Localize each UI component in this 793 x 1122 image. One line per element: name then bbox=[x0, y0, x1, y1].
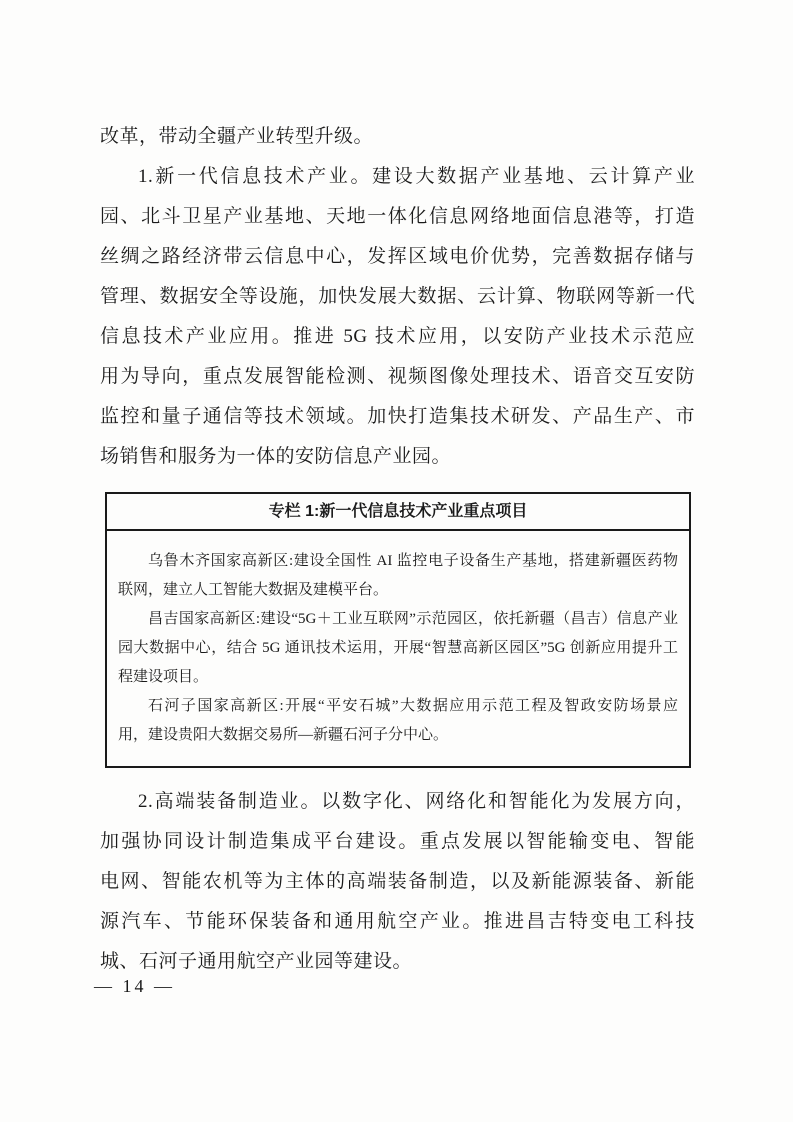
text-line: 场销售和服务为一体的安防信息产业园。 bbox=[100, 437, 695, 477]
callout-line: 乌鲁木齐国家高新区:建设全国性 AI 监控电子设备生产基地，搭建新疆医药物 bbox=[118, 547, 678, 576]
text-line: 园、北斗卫星产业基地、天地一体化信息网络地面信息港等，打造 bbox=[100, 197, 695, 237]
text-line: 监控和量子通信等技术领域。加快打造集技术研发、产品生产、市 bbox=[100, 397, 695, 437]
text-line: 2.高端装备制造业。以数字化、网络化和智能化为发展方向， bbox=[100, 782, 695, 822]
text-line: 用为导向，重点发展智能检测、视频图像处理技术、语音交互安防 bbox=[100, 357, 695, 397]
callout-body: 乌鲁木齐国家高新区:建设全国性 AI 监控电子设备生产基地，搭建新疆医药物 联网… bbox=[107, 531, 689, 766]
callout-line: 用，建设贵阳大数据交易所—新疆石河子分中心。 bbox=[118, 721, 678, 750]
text-line: 管理、数据安全等设施，加快发展大数据、云计算、物联网等新一代 bbox=[100, 277, 695, 317]
text-line: 电网、智能农机等为主体的高端装备制造，以及新能源装备、新能 bbox=[100, 862, 695, 902]
page-number: — 14 — bbox=[94, 976, 175, 997]
text-line: 源汽车、节能环保装备和通用航空产业。推进昌吉特变电工科技 bbox=[100, 902, 695, 942]
callout-line: 昌吉国家高新区:建设“5G＋工业互联网”示范园区，依托新疆（昌吉）信息产业 bbox=[118, 605, 678, 634]
callout-line: 园大数据中心，结合 5G 通讯技术运用，开展“智慧高新区园区”5G 创新应用提升… bbox=[118, 634, 678, 663]
document-page: 改革，带动全疆产业转型升级。 1.新一代信息技术产业。建设大数据产业基地、云计算… bbox=[0, 0, 793, 1122]
text-line: 改革，带动全疆产业转型升级。 bbox=[100, 117, 695, 157]
text-line: 加强协同设计制造集成平台建设。重点发展以智能输变电、智能 bbox=[100, 822, 695, 862]
callout-line: 联网，建立人工智能大数据及建模平台。 bbox=[118, 576, 678, 605]
callout-box: 专栏 1:新一代信息技术产业重点项目 乌鲁木齐国家高新区:建设全国性 AI 监控… bbox=[105, 492, 691, 768]
text-line: 城、石河子通用航空产业园等建设。 bbox=[100, 942, 695, 982]
text-line: 丝绸之路经济带云信息中心，发挥区域电价优势，完善数据存储与 bbox=[100, 237, 695, 277]
text-line: 1.新一代信息技术产业。建设大数据产业基地、云计算产业 bbox=[100, 157, 695, 197]
callout-line: 程建设项目。 bbox=[118, 663, 678, 692]
callout-line: 石河子国家高新区:开展“平安石城”大数据应用示范工程及智政安防场景应 bbox=[118, 692, 678, 721]
callout-title: 专栏 1:新一代信息技术产业重点项目 bbox=[107, 494, 689, 531]
body-text: 改革，带动全疆产业转型升级。 1.新一代信息技术产业。建设大数据产业基地、云计算… bbox=[100, 117, 695, 982]
text-line: 信息技术产业应用。推进 5G 技术应用，以安防产业技术示范应 bbox=[100, 317, 695, 357]
